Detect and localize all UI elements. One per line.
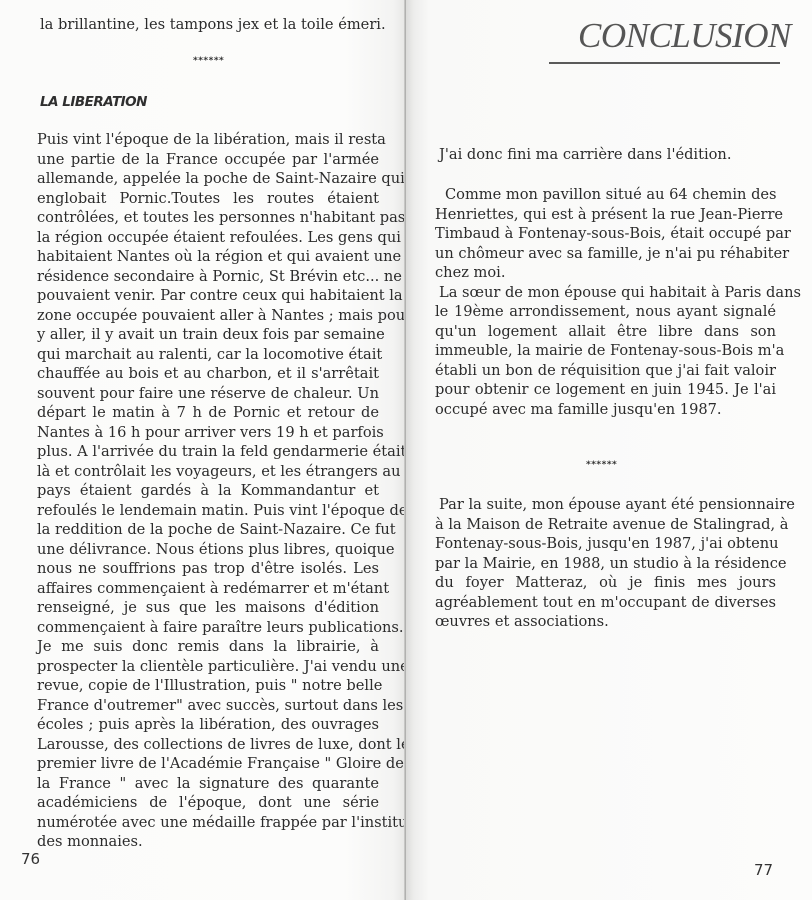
text-line: La sœur de mon épouse qui habitait à Par… bbox=[439, 283, 776, 303]
text-line: la France " avec la signature des quaran… bbox=[37, 774, 379, 794]
page-number-right: 77 bbox=[754, 861, 773, 879]
text-line: Par la suite, mon épouse ayant été pensi… bbox=[439, 495, 776, 515]
text-line: englobait Pornic.Toutes les routes étaie… bbox=[37, 189, 379, 209]
text-line: Je me suis donc remis dans la librairie,… bbox=[37, 637, 379, 657]
text-line: pour obtenir ce logement en juin 1945. J… bbox=[435, 380, 776, 400]
text-line: à la Maison de Retraite avenue de Stalin… bbox=[435, 515, 776, 535]
text-line: écoles ; puis après la libération, des o… bbox=[37, 715, 379, 735]
text-line: Puis vint l'époque de la libération, mai… bbox=[37, 130, 379, 150]
text-line: la reddition de la poche de Saint-Nazair… bbox=[37, 520, 379, 540]
section-title: LA LIBERATION bbox=[40, 94, 147, 110]
text-line: refoulés le lendemain matin. Puis vint l… bbox=[37, 501, 379, 521]
text-line: Timbaud à Fontenay-sous-Bois, était occu… bbox=[435, 224, 776, 244]
text-line: habitaient Nantes où la région et qui av… bbox=[37, 247, 379, 267]
text-line: du foyer Matteraz, où je finis mes jours bbox=[435, 573, 776, 593]
text-line: œuvres et associations. bbox=[435, 612, 776, 632]
right-page bbox=[406, 0, 812, 900]
text-line: immeuble, la mairie de Fontenay-sous-Boi… bbox=[435, 341, 776, 361]
text-line: Henriettes, qui est à présent la rue Jea… bbox=[435, 205, 776, 225]
text-line: Fontenay-sous-Bois, jusqu'en 1987, j'ai … bbox=[435, 534, 776, 554]
text-line: renseigné, je sus que les maisons d'édit… bbox=[37, 598, 379, 618]
text-line: Nantes à 16 h pour arriver vers 19 h et … bbox=[37, 423, 379, 443]
text-line: chauffée au bois et au charbon, et il s'… bbox=[37, 364, 379, 384]
text-line: établi un bon de réquisition que j'ai fa… bbox=[435, 361, 776, 381]
text-line: occupé avec ma famille jusqu'en 1987. bbox=[435, 400, 776, 420]
text-line: résidence secondaire à Pornic, St Brévin… bbox=[37, 267, 379, 287]
text-line: plus. A l'arrivée du train la feld genda… bbox=[37, 442, 379, 462]
text-line: par la Mairie, en 1988, un studio à la r… bbox=[435, 554, 776, 574]
page-number-left: 76 bbox=[21, 850, 40, 868]
text-line: contrôlées, et toutes les personnes n'ha… bbox=[37, 208, 379, 228]
text-line: allemande, appelée la poche de Saint-Naz… bbox=[37, 169, 379, 189]
chapter-title-underline bbox=[549, 62, 780, 64]
text-line: là et contrôlait les voyageurs, et les é… bbox=[37, 462, 379, 482]
text-line: pouvaient venir. Par contre ceux qui hab… bbox=[37, 286, 379, 306]
text-line: agréablement tout en m'occupant de diver… bbox=[435, 593, 776, 613]
text-line: un chômeur avec sa famille, je n'ai pu r… bbox=[435, 244, 776, 264]
text-line: le 19ème arrondissement, nous ayant sign… bbox=[435, 302, 776, 322]
text-line: zone occupée pouvaient aller à Nantes ; … bbox=[37, 306, 379, 326]
text-line: Comme mon pavillon situé au 64 chemin de… bbox=[445, 185, 776, 205]
text-line: une partie de la France occupée par l'ar… bbox=[37, 150, 379, 170]
text-line: affaires commençaient à redémarrer et m'… bbox=[37, 579, 379, 599]
left-page: la brillantine, les tampons jex et la to… bbox=[0, 0, 406, 900]
text-line: y aller, il y avait un train deux fois p… bbox=[37, 325, 379, 345]
chapter-title: CONCLUSION bbox=[578, 16, 791, 56]
text-line: une délivrance. Nous étions plus libres,… bbox=[37, 540, 379, 560]
text-line: prospecter la clientèle particulière. J'… bbox=[37, 657, 379, 677]
text-line: premier livre de l'Académie Française " … bbox=[37, 754, 379, 774]
text-line: des monnaies. bbox=[37, 832, 379, 852]
text-line: numérotée avec une médaille frappée par … bbox=[37, 813, 379, 833]
text-line: pays étaient gardés à la Kommandantur et bbox=[37, 481, 379, 501]
text-line: chez moi. bbox=[435, 263, 776, 283]
text-line: France d'outremer" avec succès, surtout … bbox=[37, 696, 379, 716]
text-line: Larousse, des collections de livres de l… bbox=[37, 735, 379, 755]
text-line: revue, copie de l'Illustration, puis " n… bbox=[37, 676, 379, 696]
book-spread: la brillantine, les tampons jex et la to… bbox=[0, 0, 812, 900]
text-line: souvent pour faire une réserve de chaleu… bbox=[37, 384, 379, 404]
text-line: la région occupée étaient refoulées. Les… bbox=[37, 228, 379, 248]
text-line: nous ne souffrions pas trop d'être isolé… bbox=[37, 559, 379, 579]
text-line: commençaient à faire paraître leurs publ… bbox=[37, 618, 379, 638]
intro-line: J'ai donc fini ma carrière dans l'éditio… bbox=[439, 145, 731, 165]
section-separator-right: ****** bbox=[586, 460, 617, 470]
text-line: académiciens de l'époque, dont une série bbox=[37, 793, 379, 813]
section-separator: ****** bbox=[193, 56, 224, 66]
text-line: départ le matin à 7 h de Pornic et retou… bbox=[37, 403, 379, 423]
text-line: qui marchait au ralenti, car la locomoti… bbox=[37, 345, 379, 365]
text-line: qu'un logement allait être libre dans so… bbox=[435, 322, 776, 342]
carryover-line: la brillantine, les tampons jex et la to… bbox=[40, 15, 386, 35]
